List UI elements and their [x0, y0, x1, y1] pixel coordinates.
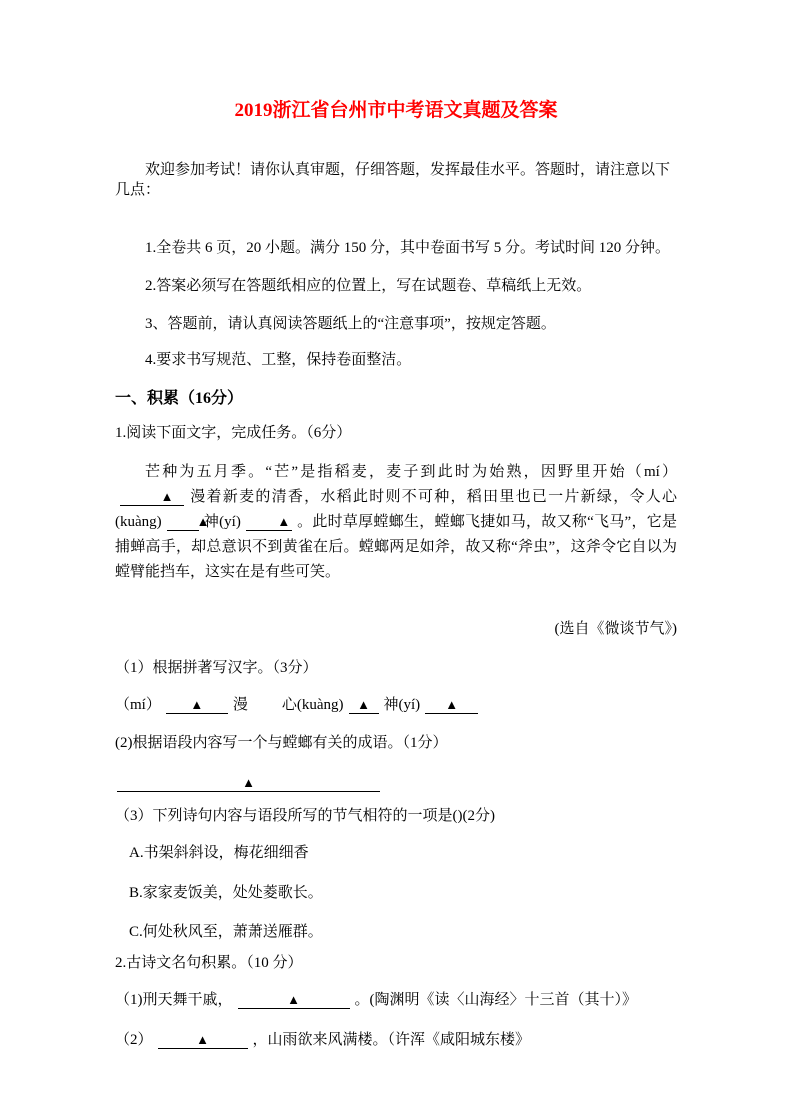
pinyin-blank-3: ▲	[425, 698, 478, 714]
question-1-2-stem: (2)根据语段内容写一个与螳螂有关的成语。（1分）	[115, 733, 677, 753]
pinyin-blank-2: ▲	[349, 698, 379, 714]
pinyin-seg-man: 漫	[233, 697, 248, 713]
pinyin-seg-mi: （mí）	[115, 697, 161, 713]
poetry-1-blank: ▲	[238, 993, 350, 1009]
passage-blank-3: ▲	[246, 515, 292, 531]
poetry-line-1: （1)刑天舞干戚，▲。(陶渊明《读〈山海经〉十三首（其十）》	[115, 990, 677, 1010]
question-1-3-stem: （3）下列诗句内容与语段所写的节气相符的一项是()(2分)	[115, 806, 677, 826]
poetry-2-pre: （2）	[115, 1032, 153, 1048]
poetry-2-blank: ▲	[158, 1033, 248, 1049]
passage-blank-2: ▲	[167, 515, 199, 531]
option-c: C.何处秋风至，萧萧送雁群。	[129, 922, 677, 942]
pinyin-seg-yi: 神(yí)	[384, 697, 421, 713]
poetry-line-2: （2）▲，山雨欲来风满楼。（许浑《咸阳城东楼》	[115, 1030, 677, 1050]
passage-blank-1: ▲	[120, 490, 184, 506]
poetry-2-post: ，山雨欲来风满楼。（许浑《咸阳城东楼》	[253, 1032, 531, 1048]
idiom-answer-blank: ▲	[117, 776, 380, 792]
page-title: 2019浙江省台州市中考语文真题及答案	[115, 98, 677, 124]
question-1-stem: 1.阅读下面文字，完成任务。（6分）	[115, 423, 677, 443]
notice-item-4: 4.要求书写规范、工整，保持卷面整洁。	[115, 350, 677, 370]
question-1-1-stem: （1）根据拼著写汉字。（3分）	[115, 658, 677, 678]
notice-item-1: 1.全卷共 6 页，20 小题。满分 150 分，其中卷面书写 5 分。考试时间…	[115, 238, 677, 258]
poetry-1-post: 。(陶渊明《读〈山海经〉十三首（其十）》	[355, 992, 638, 1008]
passage-text-3: 神(yí)	[204, 514, 241, 530]
passage-text-1: 芒种为五月季。“芒”是指稻麦，麦子到此时为始熟，因野里开始（mí）	[145, 464, 677, 480]
pinyin-seg-kuang: 心(kuàng)	[282, 697, 344, 713]
question-2-stem: 2.古诗文名句积累。（10 分）	[115, 953, 677, 973]
source-attribution: (选自《微谈节气》)	[115, 619, 677, 639]
pinyin-blank-1: ▲	[166, 698, 228, 714]
option-a: A.书架斜斜设，梅花细细香	[129, 843, 677, 863]
notice-item-3: 3、答题前，请认真阅读答题纸上的“注意事项”，按规定答题。	[115, 314, 677, 334]
exam-paper-page: 2019浙江省台州市中考语文真题及答案 欢迎参加考试！请你认真审题，仔细答题，发…	[0, 0, 790, 1119]
exam-intro: 欢迎参加考试！请你认真审题，仔细答题，发挥最佳水平。答题时，请注意以下几点：	[115, 160, 677, 200]
section-heading-accumulation: 一、积累（16分）	[115, 388, 677, 409]
option-b: B.家家麦饭美，处处菱歌长。	[129, 883, 677, 903]
poetry-1-pre: （1)刑天舞干戚，	[115, 992, 233, 1008]
pinyin-answer-line: （mí）▲漫心(kuàng)▲神(yí)▲	[115, 694, 677, 716]
idiom-answer-line: ▲	[115, 773, 677, 793]
notice-item-2: 2.答案必须写在答题纸相应的位置上，写在试题卷、草稿纸上无效。	[115, 276, 677, 296]
question-1-passage: 芒种为五月季。“芒”是指稻麦，麦子到此时为始熟，因野里开始（mí）▲漫着新麦的清…	[115, 460, 677, 585]
